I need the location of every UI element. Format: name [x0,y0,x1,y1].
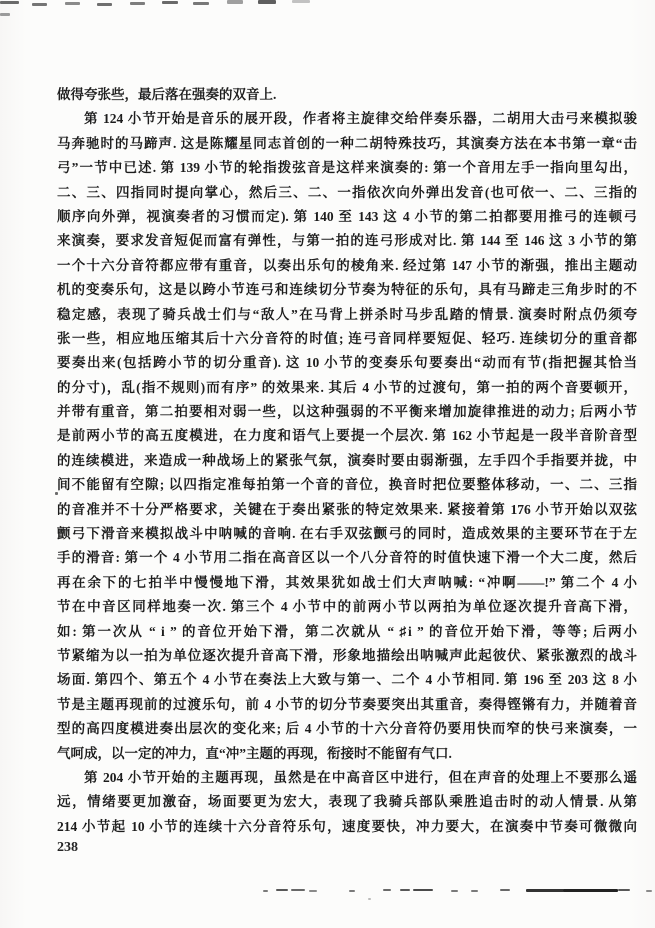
text-line: 如: 第一次从 “ i ” 的音位开始下滑，第二次就从 “ ♯i ” 的音位开始… [57,620,637,644]
text-line: 一个十六分音符都应带有重音，以奏出乐句的棱角来. 经过第 147 小节的渐强，推… [57,254,637,278]
scan-dash [500,889,510,891]
text-line: 弓”一节中已述. 第 139 小节的轮指拨弦音是这样来演奏的: 第一个音用左手一… [57,156,637,180]
text-line: 场面. 第四个、第五个 4 小节在奏法上大致与第一、二个 4 小节相同. 第 1… [57,668,637,692]
scan-dash [227,0,243,4]
scan-dash [309,890,317,892]
text-line: 二、三、四指同时提向掌心，然后三、二、一指依次向外弹出发音(也可依一、二、三指的 [57,181,637,205]
scan-dash [646,890,652,892]
scan-dash [413,889,433,891]
scan-dash [383,889,391,891]
page-number: 238 [57,840,78,856]
text-line: 颤弓下滑音来模拟战斗中呐喊的音响. 在右手双弦颤弓的同时，造成效果的主要环节在于… [57,522,637,546]
scan-dash [291,889,305,891]
scan-dash [130,2,145,5]
text-line: 并带有重音，第二拍要相对弱一些，以这种强弱的不平衡来增加旋律推进的动力; 后两小… [57,400,637,424]
text-line: 节在中音区同样地奏一次. 第三个 4 小节中的前两小节以两拍为单位逐次提升音高下… [57,595,637,619]
text-line: 远，情绪要更加激奋，场面要更为宏大，表现了我骑兵部队乘胜追击时的动人情景. 从第 [57,790,637,814]
scan-dash [451,890,458,892]
text-line: 型的高四度模进奏出层次的变化来; 后 4 小节的十六分音符仍要用快而窄的快弓来演… [57,717,637,741]
text-line: 的分寸)，乱(指不规则)而有序” 的效果来. 其后 4 小节的过渡句，第一拍的两… [57,376,637,400]
text-line: 顺序向外弹，视演奏者的习惯而定). 第 140 至 143 这 4 小节的第二拍… [57,205,637,229]
text-line: 的连续模进，来造成一种战场上的紧张气氛，演奏时要由弱渐强，左手四个手指要并拢，中 [57,449,637,473]
scan-dash [263,890,268,892]
scan-dash [471,890,478,892]
scan-dash [563,889,618,892]
text-line: 手的滑音: 第一个 4 小节用二指在高音区以一个八分音符的时值快速下滑一个大二度… [57,546,637,570]
scan-dash [526,889,564,892]
text-line: 张一些，相应地压缩其后十六分音符的时值; 连弓音同样要短促、轻巧. 连续切分的重… [57,327,637,351]
text-line: 来演奏，要求发音短促而富有弹性，与第一拍的连弓形成对比. 第 144 至 146… [57,229,637,253]
text-line: 稳定感，表现了骑兵战士们与“敌人”在马背上拼杀时马步乱踏的情景. 演奏时附点仍须… [57,303,637,327]
scan-dash [618,889,630,891]
scan-dash [0,1,19,4]
text-line: 是前两小节的高五度模进，在力度和语气上要提一个层次. 第 162 小节起是一段半… [57,424,637,448]
text-line: 机的变奏乐句，这是以跨小节连弓和连续切分节奏为特征的乐句，具有马蹄走三角步时的不 [57,278,637,302]
scan-dash [400,889,410,891]
scan-dash [292,0,310,3]
scan-speck [368,898,371,900]
scanned-page: 做得夸张些，最后落在强奏的双音上.第 124 小节开始是音乐的展开段，作者将主旋… [0,0,655,928]
text-line: 气呵成，以一定的冲力，直“冲”主题的再现，衔接时不能留有气口. [57,742,637,766]
scan-speck [55,492,58,495]
scan-dash [349,890,355,892]
text-line: 间不能留有空隙; 以四指定准每拍第一个音的音位，换音时把位要整体移动，一、二、三… [57,473,637,497]
text-line: 节是主题再现前的过渡乐句，前 4 小节的切分节奏要突出其重音，奏得铿锵有力，并随… [57,693,637,717]
text-line: 214 小节起 10 小节的连续十六分音符乐句，速度要快，冲力要大，在演奏中节奏… [57,815,637,839]
text-line: 第 124 小节开始是音乐的展开段，作者将主旋律交给伴奏乐器，二胡用大击弓来模拟… [57,107,637,131]
scan-dash [162,1,178,4]
scan-dash [65,2,80,5]
body-text: 做得夸张些，最后落在强奏的双音上.第 124 小节开始是音乐的展开段，作者将主旋… [57,83,637,839]
text-line: 节紧缩为以一拍为单位逐次提升音高下滑，形象地描绘出呐喊声此起彼伏、紧张激烈的战斗 [57,644,637,668]
text-line: 再在余下的七拍半中慢慢地下滑，其效果犹如战士们大声呐喊: “冲啊——!” 第二个… [57,571,637,595]
scan-dash [276,889,288,891]
text-line: 马奔驰时的马蹄声. 这是陈耀星同志首创的一种二胡特殊技巧，其演奏方法在本书第一章… [57,132,637,156]
scan-dash [0,13,10,16]
scan-dash [258,0,276,4]
text-line: 的音准并不十分严格要求，关键在于奏出紧张的特定效果来. 紧接着第 176 小节开… [57,498,637,522]
scan-dash [97,3,112,6]
text-line: 第 204 小节开始的主题再现，虽然是在中高音区中进行，但在声音的处理上不要那么… [57,766,637,790]
text-line: 做得夸张些，最后落在强奏的双音上. [57,83,637,107]
scan-dash [32,3,47,6]
text-line: 要奏出来(包括跨小节的切分重音). 这 10 小节的变奏乐句要奏出“动而有节(指… [57,351,637,375]
scan-dash [193,2,209,5]
